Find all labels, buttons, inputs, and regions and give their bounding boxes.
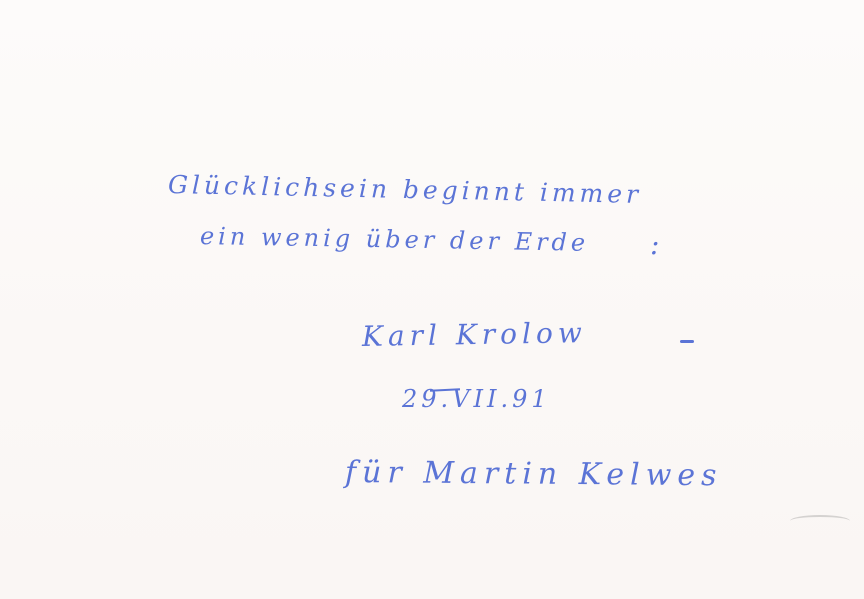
quote-colon: : [650, 228, 662, 261]
dedication: für Martin Kelwes [345, 455, 723, 493]
date: 29.VII.91 [402, 385, 551, 413]
signature-dash [680, 340, 694, 343]
paper-sheet: Glücklichsein beginnt immer ein wenig üb… [0, 0, 864, 599]
signature: Karl Krolow [362, 316, 587, 353]
quote-line-2: ein wenig über der Erde [200, 222, 590, 257]
paper-smudge [790, 515, 850, 527]
quote-line-1: Glücklichsein beginnt immer [168, 170, 643, 209]
